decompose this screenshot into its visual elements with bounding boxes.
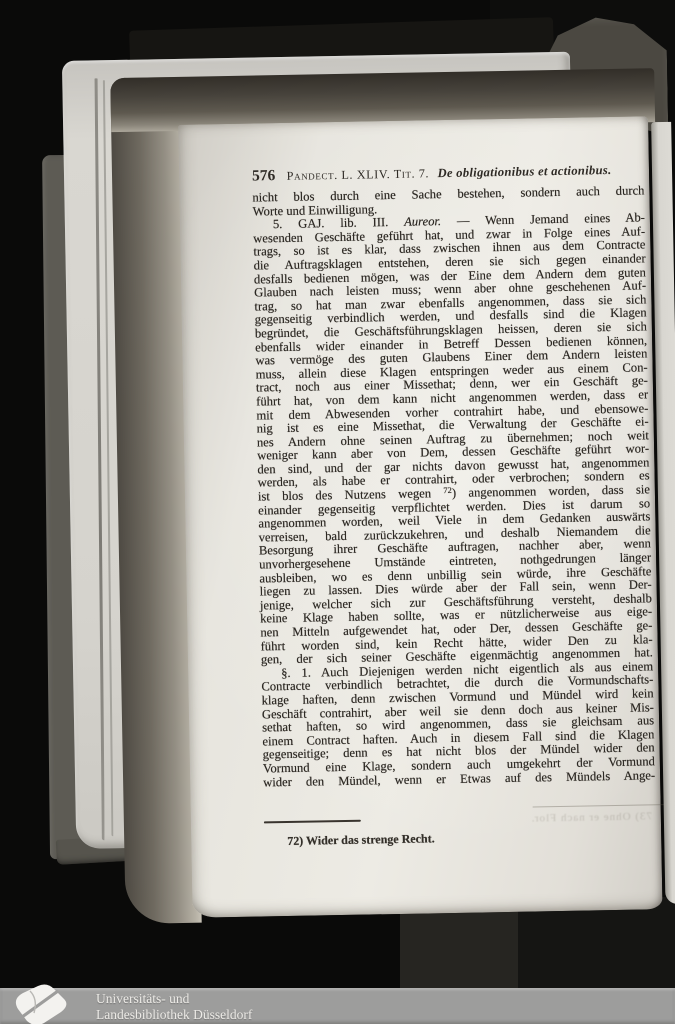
body-text: nicht blos durch eine Sache bestehen, so…: [252, 184, 655, 789]
book: 576 Pandect. L. XLIV. Tit. 7. De obligat…: [0, 0, 675, 1024]
book-scan: 576 Pandect. L. XLIV. Tit. 7. De obligat…: [0, 0, 675, 1024]
header-title: De obligationibus et actionibus.: [437, 163, 611, 180]
page-content: 576 Pandect. L. XLIV. Tit. 7. De obligat…: [178, 116, 662, 917]
watermark-bar: Universitäts- und Landesbibliothek Düsse…: [0, 988, 675, 1024]
page-number: 576: [252, 167, 276, 184]
footnote-rule: [264, 820, 361, 824]
library-logo-icon: [8, 983, 72, 1024]
header-citation: Pandect. L. XLIV. Tit. 7.: [287, 166, 430, 183]
bleed-through-rule: [533, 804, 665, 807]
watermark-text: Universitäts- und Landesbibliothek Düsse…: [96, 991, 252, 1023]
watermark-line2: Landesbibliothek Düsseldorf: [96, 1007, 252, 1023]
footnote: 72) Wider das strenge Recht.: [287, 831, 435, 849]
page-header: 576 Pandect. L. XLIV. Tit. 7. De obligat…: [252, 160, 646, 185]
watermark-line1: Universitäts- und: [96, 991, 252, 1007]
bleed-through-text: 73) Ohne er nach Flor.: [509, 810, 674, 825]
book-page: 576 Pandect. L. XLIV. Tit. 7. De obligat…: [178, 116, 662, 917]
